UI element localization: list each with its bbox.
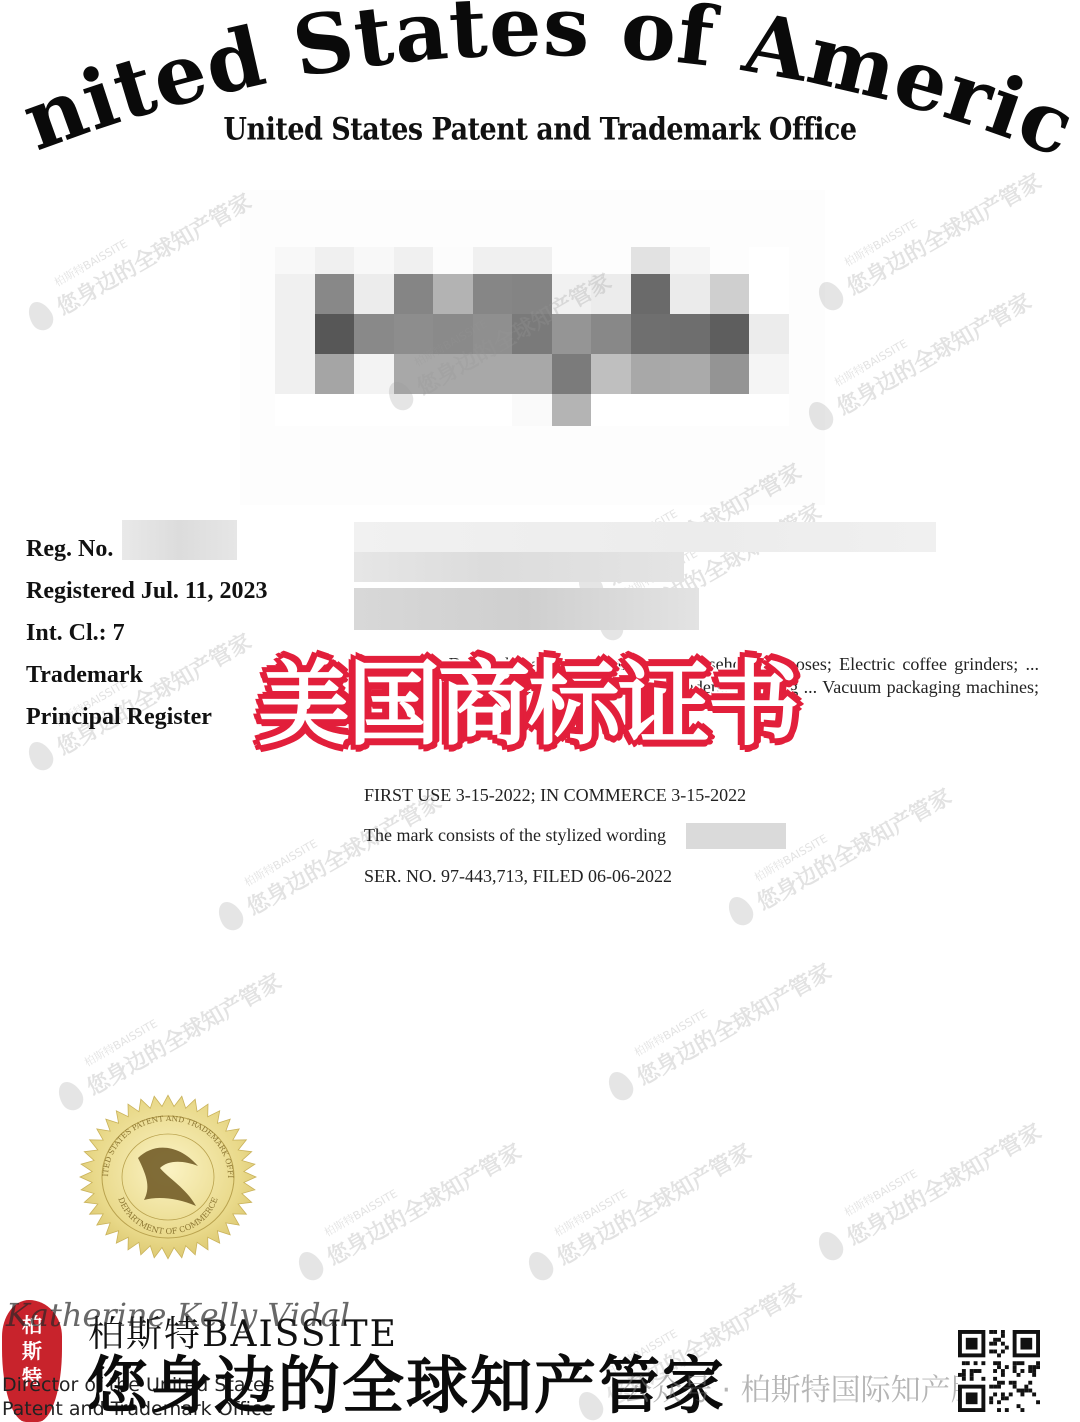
wechat-account: 公众号 · 柏斯特国际知产服务	[622, 1365, 1011, 1409]
watermark: 柏斯特BAISSITE您身边的全球知产管家	[597, 941, 837, 1107]
watermark: 柏斯特BAISSITE您身边的全球知产管家	[797, 271, 1037, 437]
int-class: Int. Cl.: 7	[26, 612, 268, 654]
mark-type: Trademark	[26, 654, 268, 696]
certificate-title: United States of America	[0, 0, 1080, 175]
wording-redacted	[686, 823, 786, 849]
mark-description: The mark consists of the stylized wordin…	[364, 825, 666, 846]
serial-number: SER. NO. 97-443,713, FILED 06-06-2022	[364, 866, 672, 887]
first-use: FIRST USE 3-15-2022; IN COMMERCE 3-15-20…	[364, 785, 746, 806]
director-signature: Katherine Kelly Vidal	[6, 1296, 350, 1334]
watermark: 柏斯特BAISSITE您身边的全球知产管家	[717, 766, 957, 932]
qr-code-icon[interactable]	[958, 1330, 1040, 1412]
watermark: 柏斯特BAISSITE您身边的全球知产管家	[807, 1101, 1047, 1267]
registered-date: Registered Jul. 11, 2023	[26, 570, 268, 612]
watermark: 柏斯特BAISSITE您身边的全球知产管家	[17, 171, 257, 337]
office-subtitle: United States Patent and Trademark Offic…	[0, 112, 1080, 148]
svg-text:United States of America: United States of America	[0, 0, 1080, 175]
watermark: 柏斯特BAISSITE您身边的全球知产管家	[807, 151, 1047, 317]
watermark: 柏斯特BAISSITE您身边的全球知产管家	[287, 1121, 527, 1287]
watermark: 柏斯特BAISSITE您身边的全球知产管家	[517, 1121, 757, 1287]
certificate-overlay-title: 美国商标证书	[258, 655, 798, 755]
reg-no-redacted	[122, 520, 237, 560]
register-type: Principal Register	[26, 696, 268, 738]
uspto-seal-icon: UNITED STATES PATENT AND TRADEMARK OFFIC…	[68, 1088, 268, 1266]
